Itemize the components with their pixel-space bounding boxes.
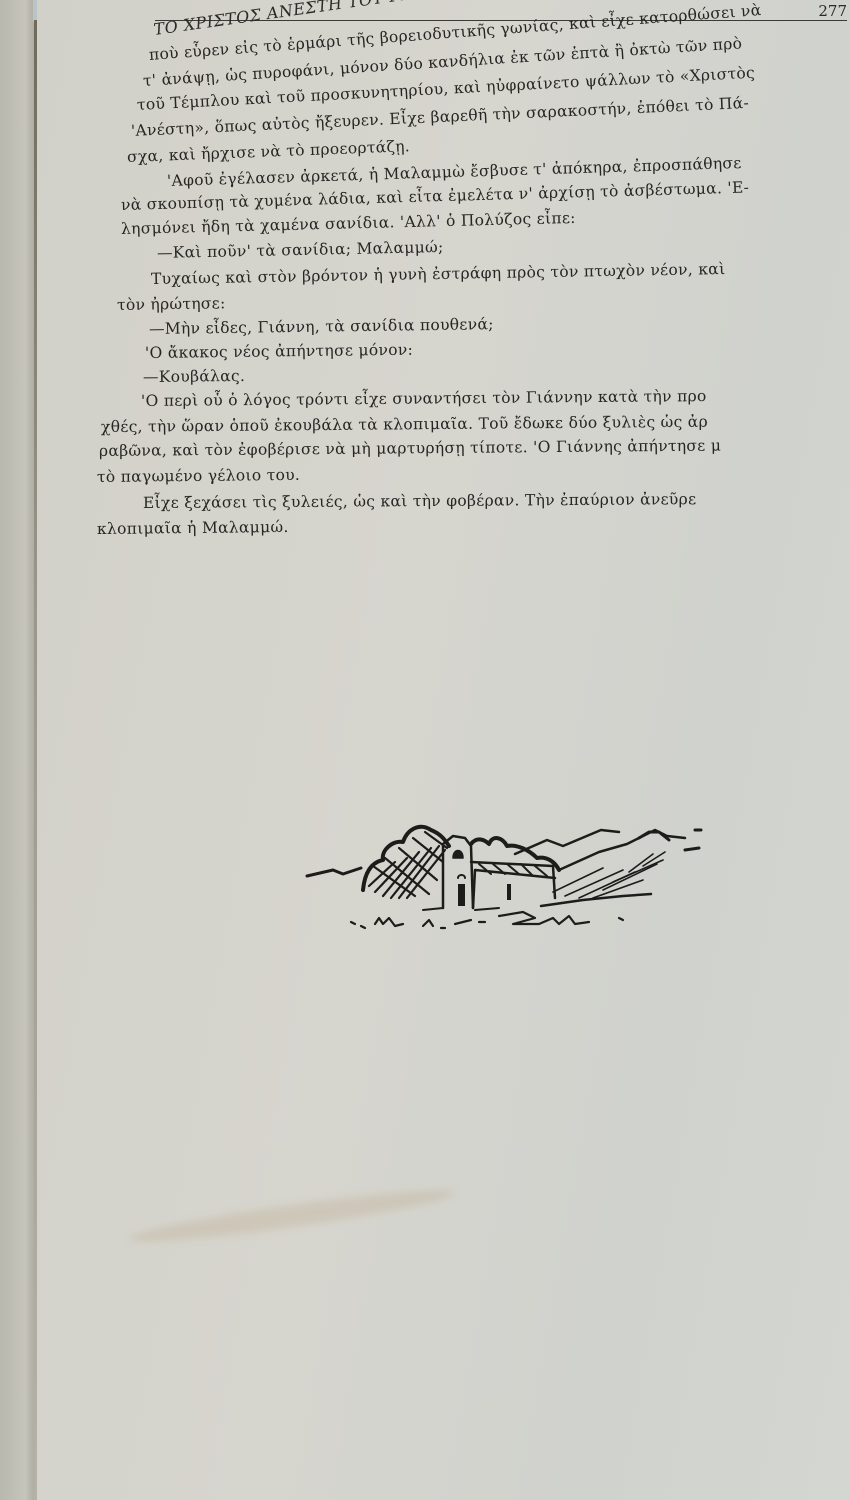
chapel-illustration [303,800,703,940]
text-line: Τυχαίως καὶ στὸν βρόντον ἡ γυνὴ ἐστράφη … [151,258,726,290]
text-line: —Καὶ ποῦν' τὰ σανίδια; Μαλαμμώ; [157,236,444,264]
text-line: κλοπιμαῖα ἡ Μαλαμμώ. [97,516,289,540]
text-line: χθές, τὴν ὥραν ὁποῦ ἐκουβάλα τὰ κλοπιμαῖ… [101,411,708,438]
text-line: ραβῶνα, καὶ τὸν ἐφοβέρισε νὰ μὴ μαρτυρήσ… [99,435,721,462]
text-line: Εἶχε ξεχάσει τὶς ξυλειές, ὡς καὶ τὴν φοβ… [143,488,697,514]
text-line: τὸν ἠρώτησε: [117,292,226,316]
text-line: —Κουβάλας. [143,365,245,388]
text-line: τὸ παγωμένο γέλοιο του. [97,464,300,488]
text-line: 'Ο ἄκακος νέος ἀπήντησε μόνον: [145,339,413,364]
page-number: 277 [818,2,847,20]
book-gutter [34,20,37,1500]
facing-page-edge [0,0,36,1500]
paper-stain [127,1182,457,1250]
text-line: 'Ο περὶ οὗ ὁ λόγος τρόντι εἶχε συναντήσε… [141,385,707,412]
book-page: ΤΟ ΧΡΙΣΤΟΣ ΑΝΕΣΤΗ ΤΟΥ ΓΙΑΝΝΗ 277 ποὺ εὗρ… [37,0,850,1500]
text-line: —Μὴν εἶδες, Γιάννη, τὰ σανίδια πουθενά; [149,313,494,340]
